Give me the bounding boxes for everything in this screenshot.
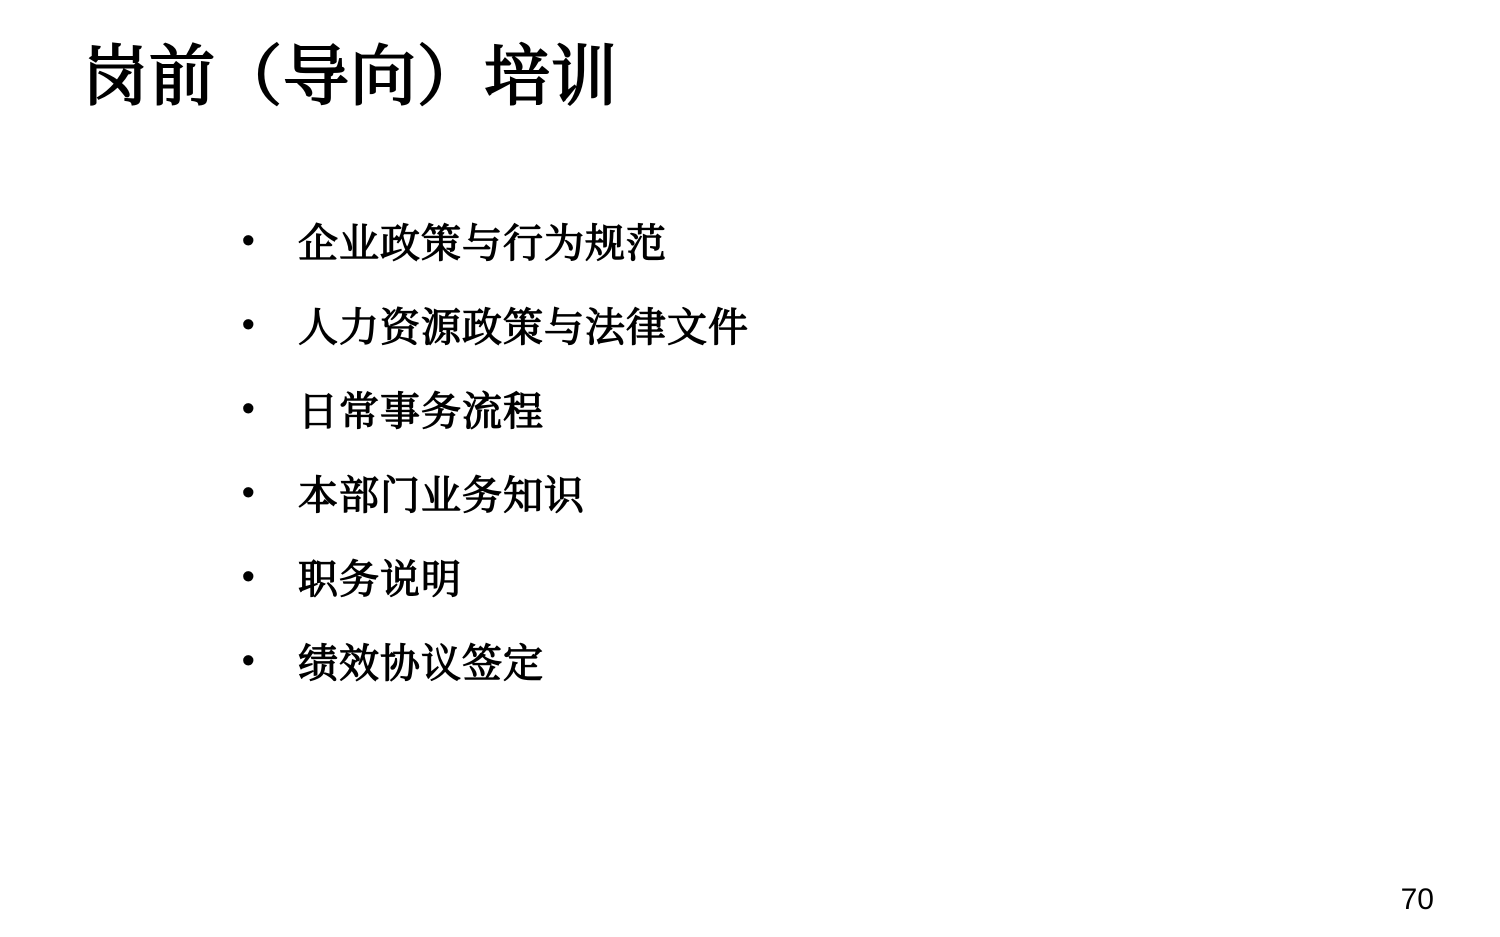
list-item: • 本部门业务知识 — [238, 450, 749, 534]
bullet-list: • 企业政策与行为规范 • 人力资源政策与法律文件 • 日常事务流程 • 本部门… — [238, 198, 749, 702]
bullet-dot-icon: • — [238, 303, 298, 345]
bullet-text: 绩效协议签定 — [298, 632, 544, 689]
list-item: • 职务说明 — [238, 534, 749, 618]
bullet-text: 本部门业务知识 — [298, 464, 585, 521]
slide-title: 岗前（导向）培训 — [82, 34, 618, 120]
bullet-text: 企业政策与行为规范 — [298, 212, 667, 269]
bullet-text: 人力资源政策与法律文件 — [298, 296, 749, 353]
list-item: • 日常事务流程 — [238, 366, 749, 450]
presentation-slide: 岗前（导向）培训 • 企业政策与行为规范 • 人力资源政策与法律文件 • 日常事… — [0, 0, 1500, 937]
bullet-dot-icon: • — [238, 555, 298, 597]
list-item: • 人力资源政策与法律文件 — [238, 282, 749, 366]
bullet-dot-icon: • — [238, 219, 298, 261]
list-item: • 绩效协议签定 — [238, 618, 749, 702]
page-number: 70 — [1401, 883, 1434, 917]
bullet-dot-icon: • — [238, 387, 298, 429]
bullet-text: 职务说明 — [298, 548, 462, 605]
bullet-dot-icon: • — [238, 471, 298, 513]
bullet-dot-icon: • — [238, 639, 298, 681]
list-item: • 企业政策与行为规范 — [238, 198, 749, 282]
bullet-text: 日常事务流程 — [298, 380, 544, 437]
